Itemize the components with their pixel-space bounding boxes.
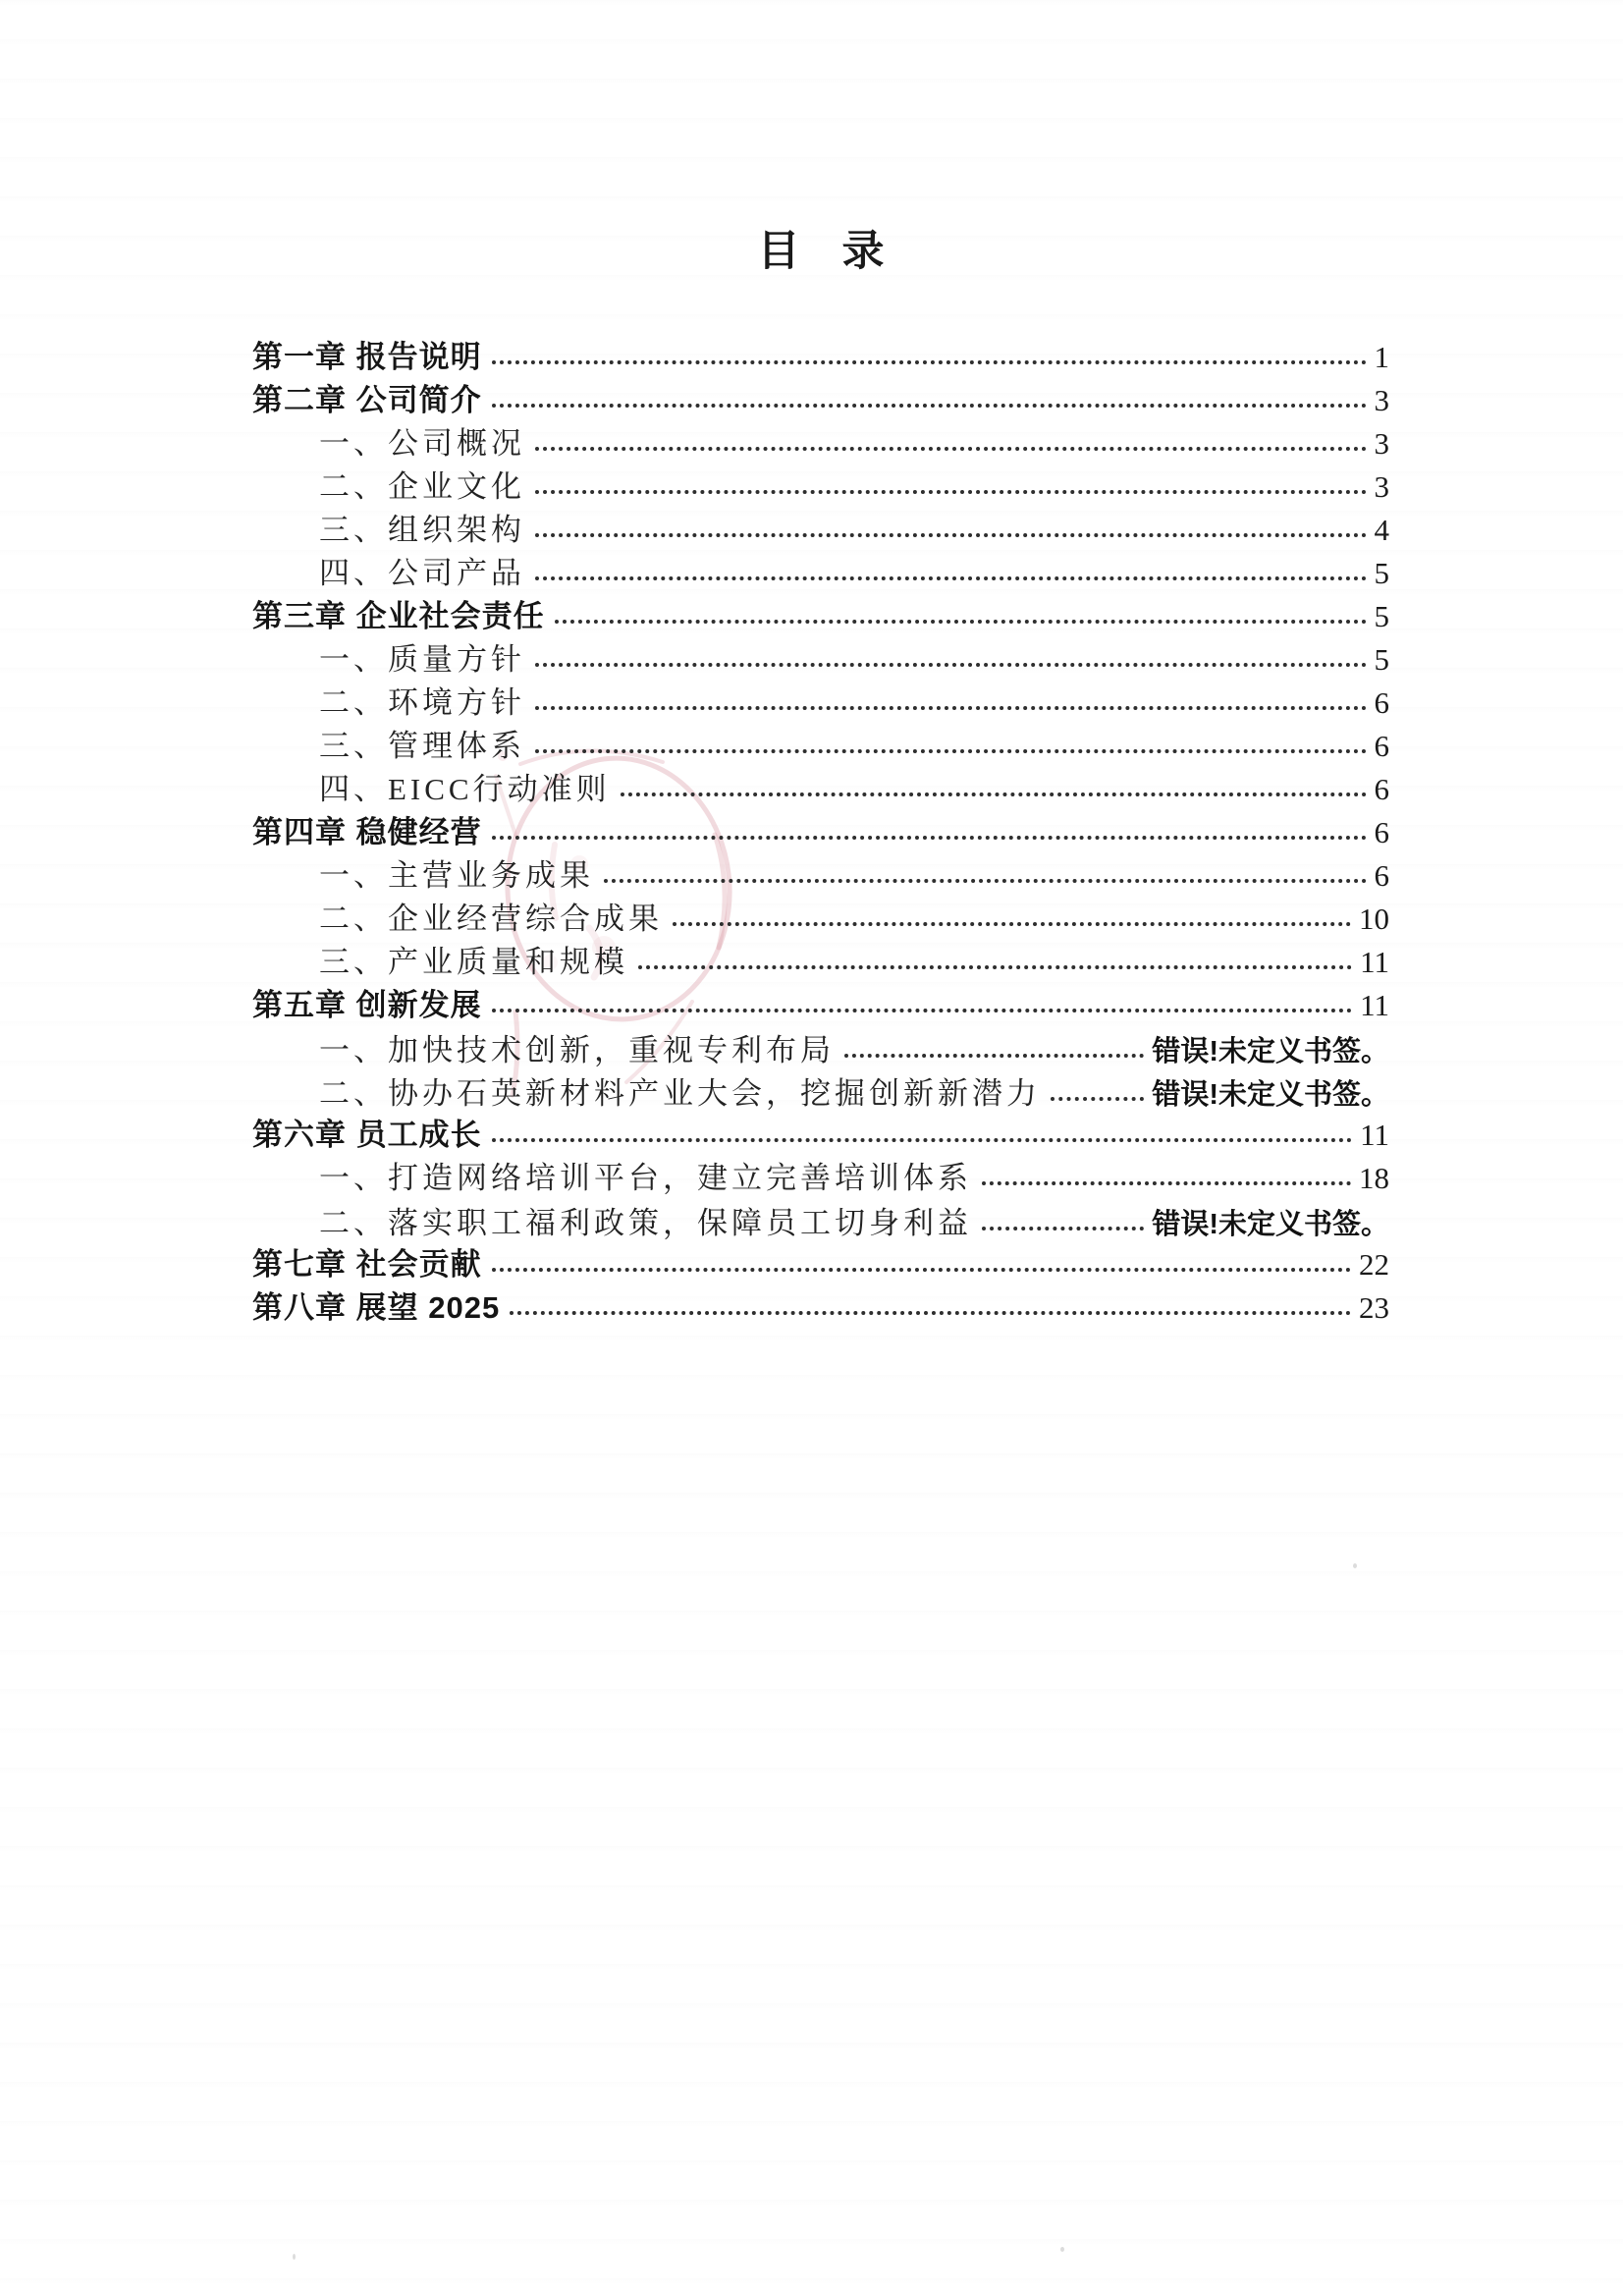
toc-entry-label: 四、公司产品 [319, 554, 525, 593]
toc-entry-label: 第八章 展望 2025 [252, 1288, 500, 1328]
toc-entry-label: 三、产业质量和规模 [319, 943, 628, 982]
toc-entry-label: 一、打造网络培训平台，建立完善培训体系 [319, 1159, 972, 1198]
toc-entry-page: 11 [1360, 988, 1389, 1023]
toc-entry-label: 二、企业经营综合成果 [319, 900, 663, 939]
dot-leader [982, 1181, 1351, 1185]
dot-leader [638, 965, 1352, 969]
toc-entry-label: 一、加快技术创新，重视专利布局 [319, 1031, 835, 1070]
dot-leader [492, 836, 1367, 840]
toc-entry-page: 18 [1359, 1161, 1389, 1196]
document-page: 目 录 第一章 报告说明 1 第二章 公司简介 3 一、公司概况 3 二、企业文… [0, 0, 1623, 2296]
toc-entry-label: 一、主营业务成果 [319, 856, 594, 896]
toc-entry: 第四章 稳健经营 6 [252, 813, 1389, 856]
dot-leader [555, 620, 1367, 624]
toc-entry-label: 二、环境方针 [319, 683, 525, 723]
toc-entry-label: 三、管理体系 [319, 727, 525, 766]
dot-leader [535, 706, 1367, 710]
toc-entry-page: 6 [1375, 685, 1390, 721]
toc-entry-page: 3 [1375, 469, 1390, 505]
toc-entry: 一、公司概况 3 [252, 424, 1389, 467]
dot-leader [673, 922, 1351, 926]
toc-entry-page: 11 [1360, 945, 1389, 980]
dot-leader [492, 404, 1367, 408]
toc-entry: 一、加快技术创新，重视专利布局 错误!未定义书签。 [252, 1029, 1389, 1072]
toc-entry-page: 5 [1375, 599, 1390, 634]
scan-speck [1353, 1563, 1357, 1568]
toc-entry-label: 第三章 企业社会责任 [252, 597, 545, 636]
toc-entry-label: 第二章 公司简介 [252, 381, 482, 420]
toc-entry: 二、环境方针 6 [252, 683, 1389, 727]
dot-leader [535, 533, 1367, 537]
dot-leader [1051, 1097, 1144, 1101]
toc-entry-label: 第六章 员工成长 [252, 1116, 482, 1155]
dot-leader [492, 1138, 1353, 1142]
toc-entry-page: 错误!未定义书签。 [1152, 1202, 1389, 1242]
toc-entry-page: 3 [1375, 426, 1390, 462]
toc-entry-page: 6 [1375, 815, 1390, 850]
toc-entry-page: 4 [1375, 513, 1390, 548]
dot-leader [535, 490, 1367, 494]
dot-leader [982, 1227, 1144, 1230]
dot-leader [535, 447, 1367, 451]
toc-entry: 第一章 报告说明 1 [252, 338, 1389, 381]
toc-entry-page: 1 [1375, 340, 1390, 375]
toc-entry: 三、产业质量和规模 11 [252, 943, 1389, 986]
toc-entry: 二、落实职工福利政策，保障员工切身利益 错误!未定义书签。 [252, 1202, 1389, 1245]
toc-entry-page: 23 [1359, 1290, 1389, 1326]
toc-entry: 三、管理体系 6 [252, 727, 1389, 770]
toc-entry: 一、质量方针 5 [252, 640, 1389, 683]
toc-entry: 二、协办石英新材料产业大会，挖掘创新新潜力 错误!未定义书签。 [252, 1072, 1389, 1116]
dot-leader [535, 576, 1367, 580]
scan-speck [293, 2254, 296, 2260]
toc-entry-label: 二、落实职工福利政策，保障员工切身利益 [319, 1204, 972, 1243]
toc-entry: 二、企业文化 3 [252, 467, 1389, 511]
toc-entry-page: 错误!未定义书签。 [1152, 1029, 1389, 1069]
dot-leader [510, 1311, 1351, 1315]
toc-entry-page: 10 [1359, 902, 1389, 937]
toc-entry-label: 第五章 创新发展 [252, 986, 482, 1025]
toc-entry-page: 错误!未定义书签。 [1152, 1072, 1389, 1113]
dot-leader [621, 793, 1367, 796]
toc-entry-label: 一、公司概况 [319, 424, 525, 464]
toc-entry: 第八章 展望 2025 23 [252, 1288, 1389, 1332]
toc-entry-page: 6 [1375, 858, 1390, 894]
toc-entry: 第三章 企业社会责任 5 [252, 597, 1389, 640]
page-title: 目 录 [252, 218, 1389, 278]
toc-entry: 四、公司产品 5 [252, 554, 1389, 597]
dot-leader [844, 1054, 1144, 1058]
toc-entry-label: 四、EICC行动准则 [319, 770, 611, 809]
toc-entry-label: 二、协办石英新材料产业大会，挖掘创新新潜力 [319, 1074, 1041, 1114]
toc-entry-page: 11 [1360, 1118, 1389, 1153]
dot-leader [492, 1268, 1351, 1272]
toc-entry: 一、主营业务成果 6 [252, 856, 1389, 900]
toc-entry: 第二章 公司简介 3 [252, 381, 1389, 424]
toc-entry-label: 第四章 稳健经营 [252, 813, 482, 852]
dot-leader [492, 1009, 1353, 1012]
dot-leader [492, 360, 1367, 364]
toc-entry: 第六章 员工成长 11 [252, 1116, 1389, 1159]
toc-entry-page: 22 [1359, 1247, 1389, 1283]
toc-entry-page: 6 [1375, 729, 1390, 764]
toc-entry-page: 5 [1375, 556, 1390, 591]
toc-entry: 二、企业经营综合成果 10 [252, 900, 1389, 943]
toc-entry-label: 二、企业文化 [319, 467, 525, 507]
toc-entry-label: 第一章 报告说明 [252, 338, 482, 377]
toc-entry: 一、打造网络培训平台，建立完善培训体系 18 [252, 1159, 1389, 1202]
toc-entry-page: 5 [1375, 642, 1390, 678]
toc-entry-label: 第七章 社会贡献 [252, 1245, 482, 1285]
dot-leader [535, 663, 1367, 667]
dot-leader [535, 749, 1367, 753]
toc-entry-label: 一、质量方针 [319, 640, 525, 680]
dot-leader [604, 879, 1367, 883]
toc-entry: 第七章 社会贡献 22 [252, 1245, 1389, 1288]
toc-entry: 四、EICC行动准则 6 [252, 770, 1389, 813]
toc-entry: 三、组织架构 4 [252, 511, 1389, 554]
toc-entry-page: 3 [1375, 383, 1390, 418]
toc-list: 第一章 报告说明 1 第二章 公司简介 3 一、公司概况 3 二、企业文化 3 … [252, 338, 1389, 1332]
toc-entry: 第五章 创新发展 11 [252, 986, 1389, 1029]
toc-entry-page: 6 [1375, 772, 1390, 807]
toc-entry-label: 三、组织架构 [319, 511, 525, 550]
scan-speck [1060, 2247, 1064, 2252]
